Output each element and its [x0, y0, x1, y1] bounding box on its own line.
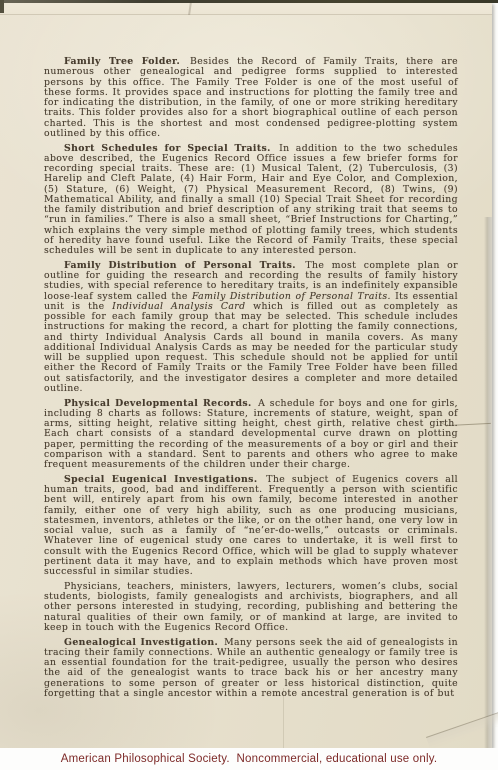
credit-line: American Philosophical Society. Noncomme… [61, 753, 437, 765]
paper-top-fold-band [0, 2, 492, 15]
body-text: which is filled out as completely as pos… [44, 301, 458, 394]
body-text: Physicians, teachers, ministers, lawyers… [44, 581, 458, 633]
document-text: Family Tree Folder. Besides the Record o… [44, 57, 458, 704]
paragraph: Physicians, teachers, ministers, lawyers… [44, 582, 458, 633]
paragraph: Special Eugenical Investigations. The su… [44, 475, 458, 578]
paragraph: Genealogical Investigation. Many persons… [44, 638, 458, 700]
body-text: A schedule for boys and one for girls, i… [44, 398, 458, 471]
body-text: Besides the Record of Family Traits, the… [44, 56, 458, 139]
scanned-document: Family Tree Folder. Besides the Record o… [0, 0, 498, 770]
body-text: The subject of Eugenics covers all human… [44, 474, 458, 577]
paragraph: Physical Developmental Records. A schedu… [44, 399, 458, 471]
paragraph: Family Tree Folder. Besides the Record o… [44, 57, 458, 139]
credit-strip: American Philosophical Society. Noncomme… [0, 748, 498, 770]
scan-top-edge [0, 0, 498, 3]
body-text: In addition to the two schedules above d… [44, 143, 458, 257]
body-text: Many persons seek the aid of genealogist… [44, 637, 458, 699]
scan-top-left-corner [0, 0, 4, 13]
paragraph: Family Distribution of Personal Traits. … [44, 261, 458, 394]
paper-right-edge [484, 217, 492, 748]
document-page: Family Tree Folder. Besides the Record o… [0, 2, 492, 748]
paragraph: Short Schedules for Special Traits. In a… [44, 144, 458, 257]
